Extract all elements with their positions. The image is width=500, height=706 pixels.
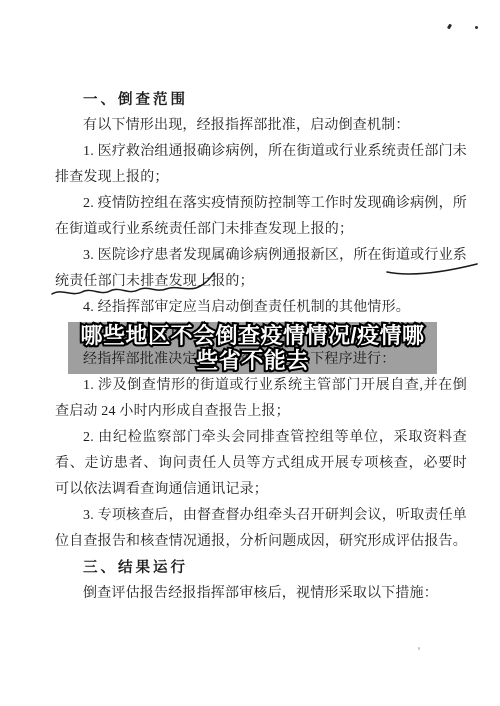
caption-title-line-2: 些省不能去 — [196, 348, 309, 373]
text-line: 可以依法调看查询通信通讯记录； — [55, 477, 467, 503]
text-line: 看、走访患者、询问责任人员等方式组成开展专项核查，必要时 — [55, 451, 467, 477]
text-line: 排查发现上报的； — [55, 165, 467, 191]
ink-speck-2 — [475, 26, 478, 29]
scanned-document-page: 一、倒查范围 有以下情形出现，经报指挥部批准，启动倒查机制： 1. 医疗救治组通… — [0, 0, 500, 706]
text-line: 1. 医疗救治组通报确诊病例，所在街道或行业系统责任部门未 — [55, 139, 467, 165]
ink-speck-1 — [447, 24, 452, 30]
section-heading-3: 三、结果运行 — [55, 555, 467, 581]
text-line: 2. 由纪检监察部门牵头会同排查管控组等单位，采取资料查 — [55, 425, 467, 451]
text-line: 统责任部门未排查发现上报的； — [55, 269, 467, 295]
section-heading-1: 一、倒查范围 — [55, 87, 467, 113]
caption-title-line-1: 哪些地区不会倒查疫情情况/疫情哪 — [80, 323, 424, 348]
text-line: 在街道或行业系统责任部门未排查发现上报的； — [55, 217, 467, 243]
text-line: 2. 疫情防控组在落实疫情预防控制等工作时发现确诊病例，所 — [55, 191, 467, 217]
text-line: 有以下情形出现，经报指挥部批准，启动倒查机制： — [55, 113, 467, 139]
text-line: 查启动 24 小时内形成自查报告上报； — [55, 399, 467, 425]
text-line: 4. 经指挥部审定应当启动倒查责任机制的其他情形。 — [55, 295, 467, 321]
text-line: 位自查报告和核查情况通报，分析问题成因，研究形成评估报告。 — [55, 529, 467, 555]
ink-speck-3 — [418, 647, 420, 650]
text-line: 1. 涉及倒查情形的街道或行业系统主管部门开展自查,并在倒 — [55, 373, 467, 399]
text-line: 3. 医院诊疗患者发现属确诊病例通报新区，所在街道或行业系 — [55, 243, 467, 269]
text-line: 倒查评估报告经报指挥部审核后，视情形采取以下措施： — [55, 581, 467, 607]
caption-banner: 哪些地区不会倒查疫情情况/疫情哪 些省不能去 — [68, 322, 437, 374]
text-line: 3. 专项核查后，由督查督办组牵头召开研判会议，听取责任单 — [55, 503, 467, 529]
